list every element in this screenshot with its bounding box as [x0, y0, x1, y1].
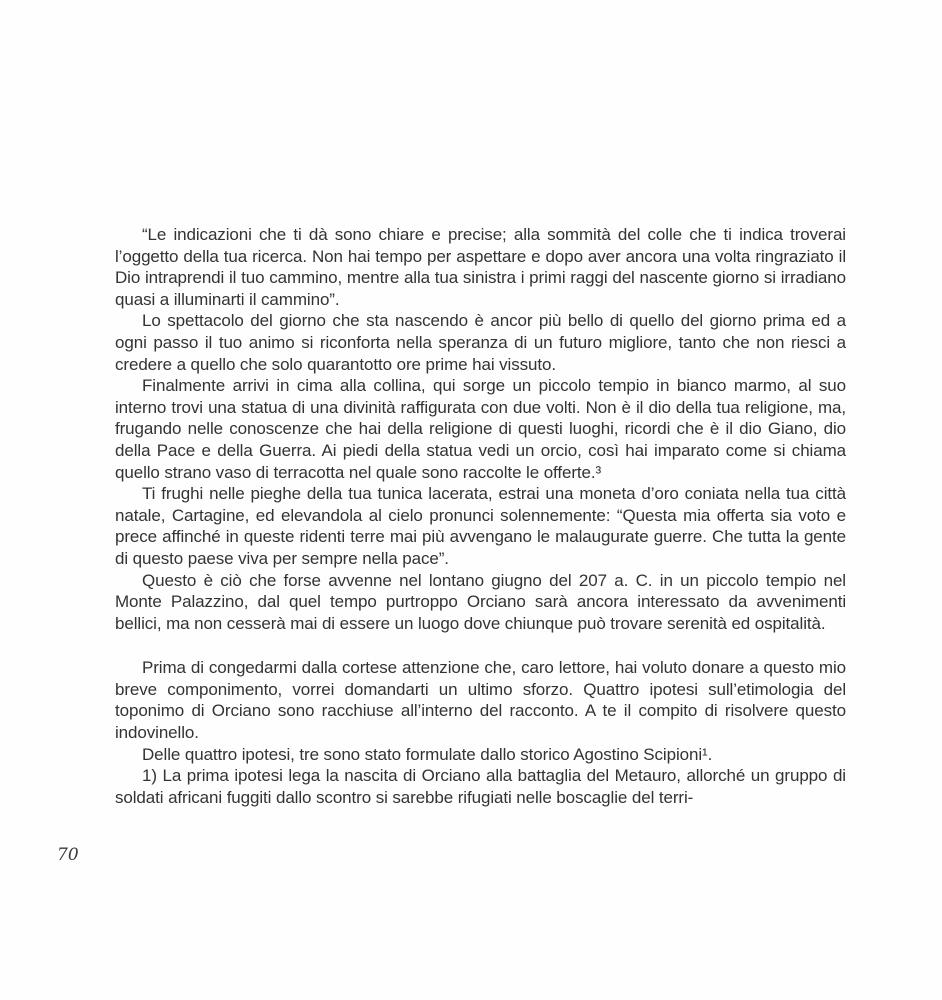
paragraph: Questo è ciò che forse avvenne nel lonta…: [115, 570, 846, 635]
body-text: “Le indicazioni che ti dà sono chiare e …: [115, 224, 846, 808]
paragraph: Delle quattro ipotesi, tre sono stato fo…: [115, 744, 846, 766]
book-page: “Le indicazioni che ti dà sono chiare e …: [0, 0, 942, 1000]
paragraph: 1) La prima ipotesi lega la nascita di O…: [115, 765, 846, 808]
paragraph: Prima di congedarmi dalla cortese attenz…: [115, 657, 846, 743]
paragraph: Lo spettacolo del giorno che sta nascend…: [115, 310, 846, 375]
paragraph: Ti frughi nelle pieghe della tua tunica …: [115, 483, 846, 569]
paragraph: Finalmente arrivi in cima alla collina, …: [115, 375, 846, 483]
paragraph: “Le indicazioni che ti dà sono chiare e …: [115, 224, 846, 310]
page-number: 70: [57, 845, 79, 865]
